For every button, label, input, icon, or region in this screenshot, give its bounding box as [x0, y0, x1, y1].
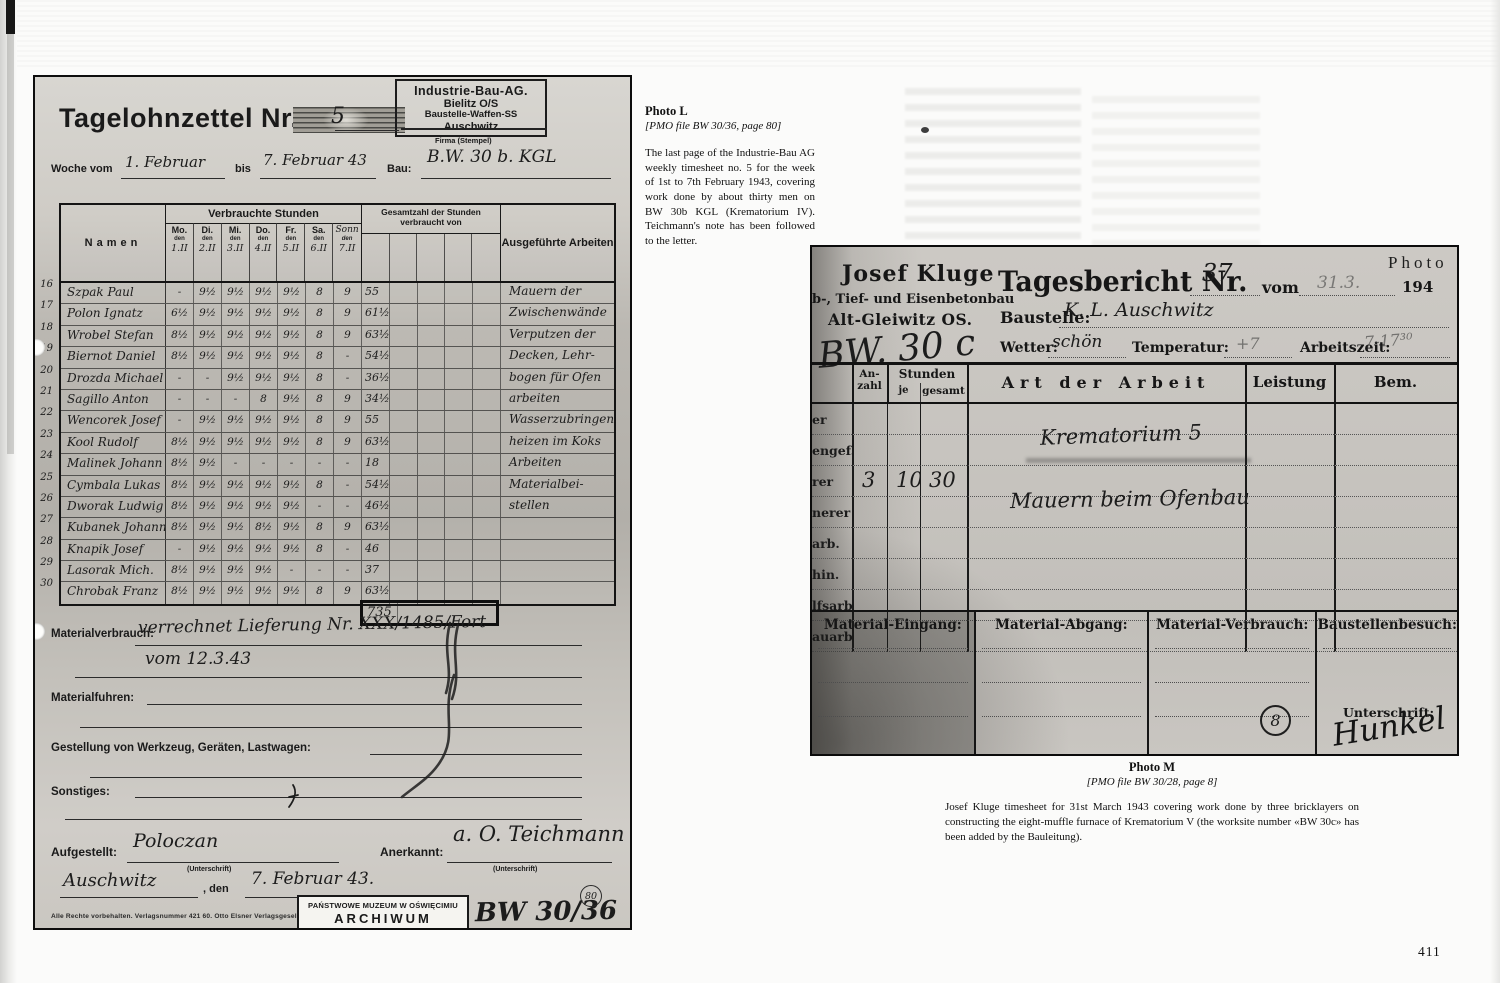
- week-to-handwritten: 7. Februar 43: [263, 151, 367, 169]
- page-edge-shade: [7, 34, 14, 454]
- photo-label: Photo: [1388, 253, 1448, 273]
- hours-cell: -: [334, 497, 362, 517]
- row-number-handwritten: 30: [35, 578, 56, 599]
- gesamtzahl-subcolumns: [362, 233, 501, 281]
- trade-label-cutoff: hin.: [812, 559, 852, 590]
- col-header-gesamt: gesamt: [920, 385, 967, 397]
- hours-cell: 9½: [222, 326, 250, 346]
- hours-cell: -: [194, 369, 222, 389]
- row-number-handwritten: 21: [35, 386, 56, 407]
- report-row: arb.: [812, 528, 1457, 559]
- hours-cell: -: [334, 347, 362, 367]
- empty-subcell: [473, 347, 501, 367]
- gesamt-cell: 30: [920, 466, 967, 497]
- hours-cell: -: [194, 390, 222, 410]
- handwritten-flourish: [380, 615, 500, 805]
- gesamt-cell: [920, 404, 967, 435]
- dotted-line: [982, 716, 1141, 717]
- material-verbrauch-cell: Material-Verbrauch:: [1149, 612, 1317, 756]
- empty-subcell: [418, 326, 446, 346]
- hours-cell: 8: [306, 518, 334, 538]
- table-row: Malinek Johann8½9½-----18Arbeiten: [61, 454, 614, 475]
- je-cell: 10: [887, 466, 920, 497]
- hours-cell: 8: [306, 283, 334, 303]
- table-row: Chrobak Franz8½9½9½9½9½8963½: [61, 582, 614, 603]
- rule-line: [75, 677, 582, 678]
- report-row: hin.: [812, 559, 1457, 590]
- empty-subcell: [418, 390, 446, 410]
- hours-cell: -: [306, 561, 334, 581]
- baustellenbesuch-label: Baustellenbesuch:: [1317, 612, 1457, 633]
- empty-subcell: [445, 454, 473, 474]
- art-cell: [967, 528, 1245, 559]
- gesamt-cell: [920, 435, 967, 466]
- photo-l-timesheet: Tagelohnzettel Nr. 5 Industrie-Bau-AG. B…: [33, 75, 632, 930]
- worker-name: Dworak Ludwig: [61, 497, 166, 517]
- row-number-handwritten: 22: [35, 407, 56, 428]
- vom-label: vom: [1262, 278, 1299, 297]
- empty-subcell: [390, 326, 418, 346]
- total-hours: 46½: [362, 497, 390, 517]
- material-abgang-label: Material-Abgang:: [976, 612, 1147, 633]
- total-hours: 63½: [362, 326, 390, 346]
- museum-stamp-line1: PAŃSTWOWE MUZEUM W OŚWIĘCIMIU: [299, 901, 467, 910]
- hours-cell: 9½: [194, 326, 222, 346]
- strike-line: [401, 128, 547, 130]
- row-number-handwritten: 27: [35, 514, 56, 535]
- row-number-handwritten: 28: [35, 536, 56, 557]
- hours-cell: 9½: [222, 304, 250, 324]
- empty-subcell: [445, 476, 473, 496]
- trade-label-cutoff: er: [812, 404, 852, 435]
- day-name: Di.: [194, 224, 221, 236]
- day-name: Sonn: [333, 224, 361, 236]
- empty-subcell: [473, 326, 501, 346]
- dotted-line: [1224, 357, 1292, 358]
- hours-cell: 9: [334, 283, 362, 303]
- total-hours: 37: [362, 561, 390, 581]
- gesamt-cell: [920, 497, 967, 528]
- hours-cell: -: [278, 561, 306, 581]
- total-hours: 46: [362, 540, 390, 560]
- empty-subcell: [418, 561, 446, 581]
- day-column: Fr.den5.II: [277, 223, 305, 281]
- anzahl-line1: An-: [852, 368, 887, 380]
- row-number-handwritten: 25: [35, 472, 56, 493]
- handwritten-mark: [283, 783, 303, 809]
- rule-line: [127, 862, 339, 863]
- row-number-handwritten: 20: [35, 365, 56, 386]
- day-name: Mi.: [222, 224, 249, 236]
- bis-label: bis: [235, 163, 251, 175]
- work-description: Zwischenwände: [501, 304, 614, 324]
- anzahl-cell: [852, 497, 887, 528]
- hours-cell: 8½: [166, 326, 194, 346]
- day-date-handwritten: 1.II: [166, 242, 193, 255]
- empty-subcell: [445, 518, 473, 538]
- row-number-handwritten: 29: [35, 557, 56, 578]
- day-columns: Mo.den1.IIDi.den2.IIMi.den3.IIDo.den4.II…: [166, 223, 362, 281]
- dotted-line: [982, 648, 1141, 649]
- empty-subcell: [445, 326, 473, 346]
- total-hours: 18: [362, 454, 390, 474]
- hours-cell: 9½: [194, 304, 222, 324]
- hours-cell: 8½: [166, 454, 194, 474]
- hours-cell: -: [334, 369, 362, 389]
- hours-cell: 9½: [278, 283, 306, 303]
- col-header-arbeiten: Ausgeführte Arbeiten: [501, 205, 614, 281]
- temperatur-label: Temperatur:: [1132, 340, 1229, 356]
- hours-cell: 9½: [278, 518, 306, 538]
- day-name: Do.: [250, 224, 277, 236]
- material-verbrauch-label: Material-Verbrauch:: [1149, 612, 1315, 633]
- ort-handwritten: Auschwitz: [63, 870, 156, 891]
- rule-line: [60, 897, 198, 898]
- hours-cell: 9½: [278, 304, 306, 324]
- hours-cell: 9: [334, 518, 362, 538]
- work-description: [501, 518, 614, 538]
- hours-cell: 9: [334, 433, 362, 453]
- leistung-cell: [1245, 435, 1334, 466]
- empty-subcell: [473, 369, 501, 389]
- stamp-line: Baustelle-Waffen-SS: [397, 110, 545, 121]
- dotted-line: [1323, 648, 1451, 649]
- total-hours: 63½: [362, 518, 390, 538]
- anerkannt-signature: a. O. Teichmann: [453, 822, 625, 846]
- empty-subcell: [390, 454, 418, 474]
- worker-name: Sagillo Anton: [61, 390, 166, 410]
- worker-name: Biernot Daniel: [61, 347, 166, 367]
- day-column: Mi.den3.II: [222, 223, 250, 281]
- arbeitszeit-handwritten: 7-17³⁰: [1363, 329, 1413, 351]
- fine-print: Alle Rechte vorbehalten. Verlagsnummer 4…: [51, 913, 299, 920]
- table-row: Cymbala Lukas8½9½9½9½9½8-54½Materialbei-: [61, 476, 614, 497]
- gesamt-cell: [920, 528, 967, 559]
- den-label: , den: [203, 883, 229, 895]
- empty-subcell: [445, 283, 473, 303]
- stamp-line: Industrie-Bau-AG.: [397, 84, 545, 98]
- rule-line: [147, 704, 582, 705]
- hours-cell: 9½: [250, 476, 278, 496]
- hours-cell: 9: [334, 304, 362, 324]
- worker-name: Knapik Josef: [61, 540, 166, 560]
- hours-cell: 8: [306, 582, 334, 603]
- hours-cell: 9½: [222, 433, 250, 453]
- empty-subcell: [418, 454, 446, 474]
- empty-subcell: [445, 347, 473, 367]
- hours-cell: 9½: [250, 540, 278, 560]
- je-cell: [887, 528, 920, 559]
- page-edge-dark-mark: [6, 0, 15, 34]
- hours-cell: 9½: [194, 411, 222, 431]
- art-der-arbeit-handwritten-2: Mauern beim Ofenbau: [1010, 485, 1250, 513]
- leistung-cell: [1245, 404, 1334, 435]
- table-row: Biernot Daniel8½9½9½9½9½8-54½Decken, Leh…: [61, 347, 614, 368]
- hours-cell: 8: [306, 390, 334, 410]
- day-date-handwritten: 7.II: [333, 242, 361, 255]
- ink-speck: [921, 127, 929, 133]
- rule-line: [65, 819, 582, 820]
- worker-name: Malinek Johann: [61, 454, 166, 474]
- unterschrift-caption: (Unterschrift): [187, 866, 231, 873]
- temperatur-handwritten: +7: [1236, 334, 1260, 353]
- empty-subcell: [390, 304, 418, 324]
- caption-title: Photo L: [645, 104, 815, 119]
- empty-subcell: [418, 369, 446, 389]
- dotted-line: [818, 716, 968, 717]
- empty-subcell: [445, 411, 473, 431]
- col-header-namen: Namen: [61, 205, 166, 281]
- show-through-ghost: [1092, 96, 1260, 248]
- empty-subcell: [418, 283, 446, 303]
- ink-smudge: [1026, 458, 1251, 463]
- hours-cell: 9½: [250, 582, 278, 603]
- worker-name: Kool Rudolf: [61, 433, 166, 453]
- row-number-handwritten: 17: [35, 300, 56, 321]
- hours-cell: 8: [250, 390, 278, 410]
- rule-line: [135, 797, 582, 798]
- hours-cell: 9½: [194, 347, 222, 367]
- hours-cell: 8½: [166, 433, 194, 453]
- vom-date-handwritten: 31.3.: [1317, 273, 1360, 293]
- total-hours: 55: [362, 283, 390, 303]
- row-number-handwritten: 23: [35, 429, 56, 450]
- anzahl-cell: [852, 435, 887, 466]
- empty-subcell: [473, 390, 501, 410]
- hours-cell: 9½: [250, 283, 278, 303]
- hours-cell: 9½: [278, 497, 306, 517]
- hours-cell: 9½: [222, 283, 250, 303]
- hours-cell: -: [306, 497, 334, 517]
- subcolumn: [417, 234, 445, 281]
- col-header-je: je: [887, 385, 920, 396]
- dotted-line: [1048, 357, 1126, 358]
- day-name: Mo.: [166, 224, 193, 236]
- worker-name: Kubanek Johann: [61, 518, 166, 538]
- hours-cell: 9: [334, 326, 362, 346]
- hours-cell: 9½: [194, 283, 222, 303]
- work-description: [501, 561, 614, 581]
- hours-cell: 9½: [194, 518, 222, 538]
- empty-subcell: [390, 540, 418, 560]
- material-eingang-label: Material-Eingang:: [812, 612, 974, 633]
- hours-cell: 9½: [194, 497, 222, 517]
- hours-cell: 9½: [222, 561, 250, 581]
- show-through-ghost: [905, 88, 1081, 254]
- empty-subcell: [473, 518, 501, 538]
- subcolumn: [472, 234, 500, 281]
- hours-cell: -: [306, 454, 334, 474]
- work-description: bogen für Ofen: [501, 369, 614, 389]
- dotted-line: [1299, 295, 1395, 296]
- hours-cell: -: [166, 283, 194, 303]
- hours-cell: 8½: [166, 582, 194, 603]
- work-description: Arbeiten: [501, 454, 614, 474]
- work-description: Decken, Lehr-: [501, 347, 614, 367]
- hours-cell: 9½: [278, 411, 306, 431]
- anerkannt-label: Anerkannt:: [380, 845, 443, 859]
- material-date-handwritten: vom 12.3.43: [145, 649, 251, 669]
- hours-cell: 9: [334, 582, 362, 603]
- company-name: Josef Kluge: [842, 261, 994, 287]
- empty-subcell: [390, 283, 418, 303]
- trade-label-cutoff: rer: [812, 466, 852, 497]
- caption-photo-l: Photo L [PMO file BW 30/36, page 80] The…: [645, 104, 815, 248]
- hours-cell: -: [166, 411, 194, 431]
- hours-cell: 8½: [166, 518, 194, 538]
- table-row: Drozda Michael--9½9½9½8-36½bogen für Ofe…: [61, 369, 614, 390]
- rule-line: [135, 645, 582, 646]
- day-column: Di.den2.II: [194, 223, 222, 281]
- empty-subcell: [473, 433, 501, 453]
- worker-name: Drozda Michael: [61, 369, 166, 389]
- hours-cell: 9½: [222, 347, 250, 367]
- anzahl-cell: [852, 528, 887, 559]
- circled-note: 8: [1260, 705, 1291, 736]
- gesamtzahl-line2: verbraucht von: [362, 218, 500, 228]
- caption-title: Photo M: [945, 760, 1359, 775]
- unterschrift-caption: (Unterschrift): [493, 866, 537, 873]
- empty-subcell: [473, 540, 501, 560]
- day-date-handwritten: 4.II: [250, 242, 277, 255]
- trade-label-cutoff: nerer: [812, 497, 852, 528]
- rule-line: [80, 727, 582, 728]
- total-hours: 61½: [362, 304, 390, 324]
- circled-page-note: 80: [580, 885, 602, 907]
- je-cell: [887, 497, 920, 528]
- hours-cell: 9½: [278, 582, 306, 603]
- hours-cell: 9½: [250, 304, 278, 324]
- empty-subcell: [473, 497, 501, 517]
- scan-banding: [0, 0, 1500, 70]
- trade-label-cutoff: engef.: [812, 435, 852, 466]
- hours-cell: -: [222, 390, 250, 410]
- hours-cell: -: [166, 540, 194, 560]
- hours-cell: -: [334, 476, 362, 496]
- hours-cell: 8: [306, 347, 334, 367]
- hours-cell: 8½: [166, 347, 194, 367]
- day-column: Sa.den6.II: [305, 223, 333, 281]
- table-row: Szpak Paul-9½9½9½9½8955Mauern der: [61, 283, 614, 304]
- work-description: Verputzen der: [501, 326, 614, 346]
- table-row: Wencorek Josef-9½9½9½9½8955Wasserzubring…: [61, 411, 614, 432]
- hours-cell: 9½: [250, 347, 278, 367]
- hours-cell: 9½: [194, 540, 222, 560]
- empty-subcell: [390, 369, 418, 389]
- hours-cell: 9½: [250, 369, 278, 389]
- bau-handwritten: B.W. 30 b. KGL: [427, 147, 557, 167]
- dotted-line: [982, 682, 1141, 683]
- hours-cell: 8: [306, 476, 334, 496]
- col-header-stunden: Stunden: [887, 367, 967, 381]
- rule-line: [121, 178, 225, 179]
- rule-line: [335, 130, 399, 131]
- table-row: Knapik Josef-9½9½9½9½8-46: [61, 540, 614, 561]
- hours-cell: 9½: [250, 561, 278, 581]
- bem-cell: [1334, 404, 1457, 435]
- leistung-cell: [1245, 466, 1334, 497]
- hours-cell: 9½: [194, 454, 222, 474]
- hours-cell: 9½: [222, 369, 250, 389]
- hours-cell: 9½: [278, 390, 306, 410]
- empty-subcell: [418, 347, 446, 367]
- page-right-edge: [1490, 0, 1500, 983]
- hours-cell: 6½: [166, 304, 194, 324]
- dotted-line: [1155, 648, 1309, 649]
- subcolumn: [390, 234, 418, 281]
- company-line2: b-, Tief- und Eisenbetonbau: [812, 292, 1014, 307]
- hours-cell: 8: [306, 304, 334, 324]
- hours-cell: 8: [306, 433, 334, 453]
- hours-cell: 9½: [222, 518, 250, 538]
- empty-subcell: [473, 454, 501, 474]
- gesamt-cell: [920, 559, 967, 590]
- col-header-leistung: Leistung: [1245, 373, 1334, 391]
- je-cell: [887, 435, 920, 466]
- je-cell: [887, 559, 920, 590]
- table-row: Kubanek Johann8½9½9½8½9½8963½: [61, 518, 614, 539]
- rule-line: [90, 777, 582, 778]
- material-abgang-cell: Material-Abgang:: [976, 612, 1149, 756]
- empty-subcell: [445, 390, 473, 410]
- hours-cell: 9½: [278, 540, 306, 560]
- empty-subcell: [390, 411, 418, 431]
- hours-cell: 8: [306, 540, 334, 560]
- row-number-handwritten: 24: [35, 450, 56, 471]
- hours-cell: 9½: [222, 540, 250, 560]
- hours-cell: -: [334, 540, 362, 560]
- day-column: Mo.den1.II: [166, 223, 194, 281]
- museum-stamp-line2: ARCHIWUM: [299, 911, 467, 926]
- day-name: Sa.: [305, 224, 332, 236]
- hours-cell: 9½: [222, 411, 250, 431]
- hours-cell: 9½: [278, 347, 306, 367]
- hours-cell: 8½: [166, 476, 194, 496]
- hours-cell: 9½: [278, 433, 306, 453]
- empty-subcell: [390, 390, 418, 410]
- aufgestellt-label: Aufgestellt:: [51, 845, 117, 859]
- empty-subcell: [473, 561, 501, 581]
- empty-subcell: [390, 497, 418, 517]
- dotted-line: [1360, 357, 1450, 358]
- sonstiges-label: Sonstiges:: [51, 786, 110, 798]
- col-header-stunden: Verbrauchte Stunden: [166, 205, 362, 223]
- hours-cell: 9½: [278, 326, 306, 346]
- worker-name: Cymbala Lukas: [61, 476, 166, 496]
- hours-cell: 9½: [250, 433, 278, 453]
- report-number-handwritten: 37: [1202, 259, 1233, 287]
- hours-cell: 9½: [278, 476, 306, 496]
- worker-name: Szpak Paul: [61, 283, 166, 303]
- day-date-handwritten: 3.II: [222, 242, 249, 255]
- year-printed: 194: [1402, 278, 1433, 296]
- rule-line: [260, 178, 376, 179]
- table-body: Szpak Paul-9½9½9½9½8955Mauern derPolon I…: [61, 283, 614, 604]
- subcolumn: [362, 234, 390, 281]
- anzahl-line2: zahl: [852, 380, 887, 392]
- empty-subcell: [473, 476, 501, 496]
- hours-cell: -: [166, 369, 194, 389]
- hours-cell: 9½: [250, 411, 278, 431]
- leistung-cell: [1245, 528, 1334, 559]
- empty-subcell: [418, 476, 446, 496]
- hours-cell: 8½: [166, 561, 194, 581]
- hours-cell: 8½: [166, 497, 194, 517]
- hours-cell: -: [334, 561, 362, 581]
- hours-cell: 9½: [278, 369, 306, 389]
- bem-cell: [1334, 559, 1457, 590]
- hole-punch: [33, 623, 45, 640]
